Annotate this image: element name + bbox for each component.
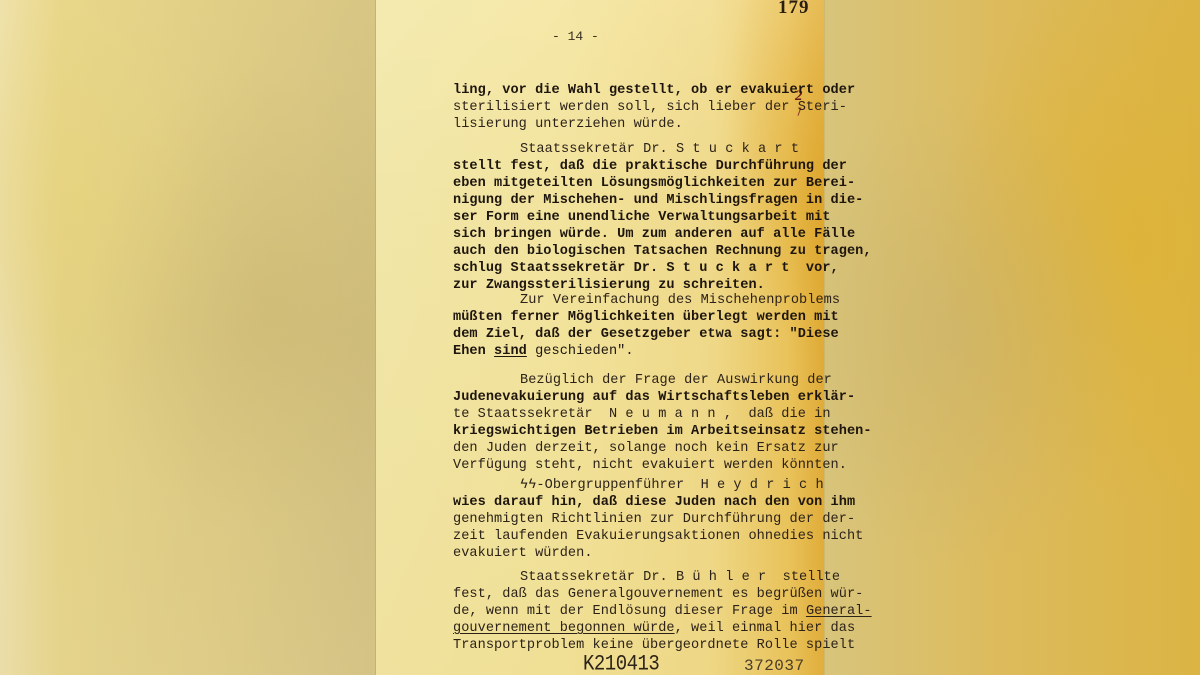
text-line: eben mitgeteilten Lösungsmöglichkeiten z…	[453, 175, 855, 192]
text-line: Bezüglich der Frage der Auswirkung der	[520, 372, 832, 389]
underlined-word: sind	[494, 344, 527, 359]
text-run: Ehen	[453, 344, 494, 359]
text-line: den Juden derzeit, solange noch kein Ers…	[453, 440, 839, 457]
blurred-background-left	[0, 0, 375, 675]
text-line: nigung der Mischehen- und Mischlingsfrag…	[453, 192, 863, 209]
text-line: sterilisiert werden soll, sich lieber de…	[453, 99, 847, 116]
text-line: de, wenn mit der Endlösung dieser Frage …	[453, 603, 872, 620]
text-line: wies darauf hin, daß diese Juden nach de…	[453, 494, 855, 511]
text-line: ser Form eine unendliche Verwaltungsarbe…	[453, 209, 831, 226]
text-line: Staatssekretär Dr. B ü h l e r stellte	[520, 569, 840, 586]
document-id-stamp: K210413	[583, 651, 659, 675]
text-line: schlug Staatssekretär Dr. S t u c k a r …	[453, 260, 839, 277]
underlined-phrase: gouvernement begonnen würde	[453, 621, 675, 636]
text-line: evakuiert würden.	[453, 545, 593, 562]
text-line: te Staatssekretär N e u m a n n , daß di…	[453, 406, 831, 423]
text-run: geschieden".	[527, 344, 634, 359]
text-run: , weil einmal hier das	[675, 621, 856, 636]
text-line: zeit laufenden Evakuierungsaktionen ohne…	[453, 528, 863, 545]
page-marker: - 14 -	[552, 29, 599, 44]
text-line: müßten ferner Möglichkeiten überlegt wer…	[453, 309, 839, 326]
text-line: auch den biologischen Tatsachen Rechnung…	[453, 243, 872, 260]
underlined-phrase: General-	[806, 604, 872, 619]
text-line: genehmigten Richtlinien zur Durchführung…	[453, 511, 855, 528]
text-line: lisierung unterziehen würde.	[453, 116, 683, 133]
text-line: kriegswichtigen Betrieben im Arbeitseins…	[453, 423, 872, 440]
text-line: Judenevakuierung auf das Wirtschaftslebe…	[453, 389, 855, 406]
text-line: Zur Vereinfachung des Mischehenproblems	[520, 292, 840, 309]
text-line: Verfügung steht, nicht evakuiert werden …	[453, 457, 847, 474]
text-line: stellt fest, daß die praktische Durchfüh…	[453, 158, 847, 175]
text-line: dem Ziel, daß der Gesetzgeber etwa sagt:…	[453, 326, 839, 343]
text-line: Staatssekretär Dr. S t u c k a r t	[520, 141, 799, 158]
text-line: gouvernement begonnen würde, weil einmal…	[453, 620, 855, 637]
archive-page-number: 179	[778, 0, 810, 19]
text-run: de, wenn mit der Endlösung dieser Frage …	[453, 604, 806, 619]
serial-number-stamp: 372037	[744, 657, 805, 675]
text-line: ϟϟ-Obergruppenführer H e y d r i c h	[520, 477, 824, 494]
text-line: sich bringen würde. Um zum anderen auf a…	[453, 226, 855, 243]
text-line: fest, daß das Generalgouvernement es beg…	[453, 586, 863, 603]
text-line: ling, vor die Wahl gestellt, ob er evaku…	[453, 82, 855, 99]
text-line: Ehen sind geschieden".	[453, 343, 634, 360]
